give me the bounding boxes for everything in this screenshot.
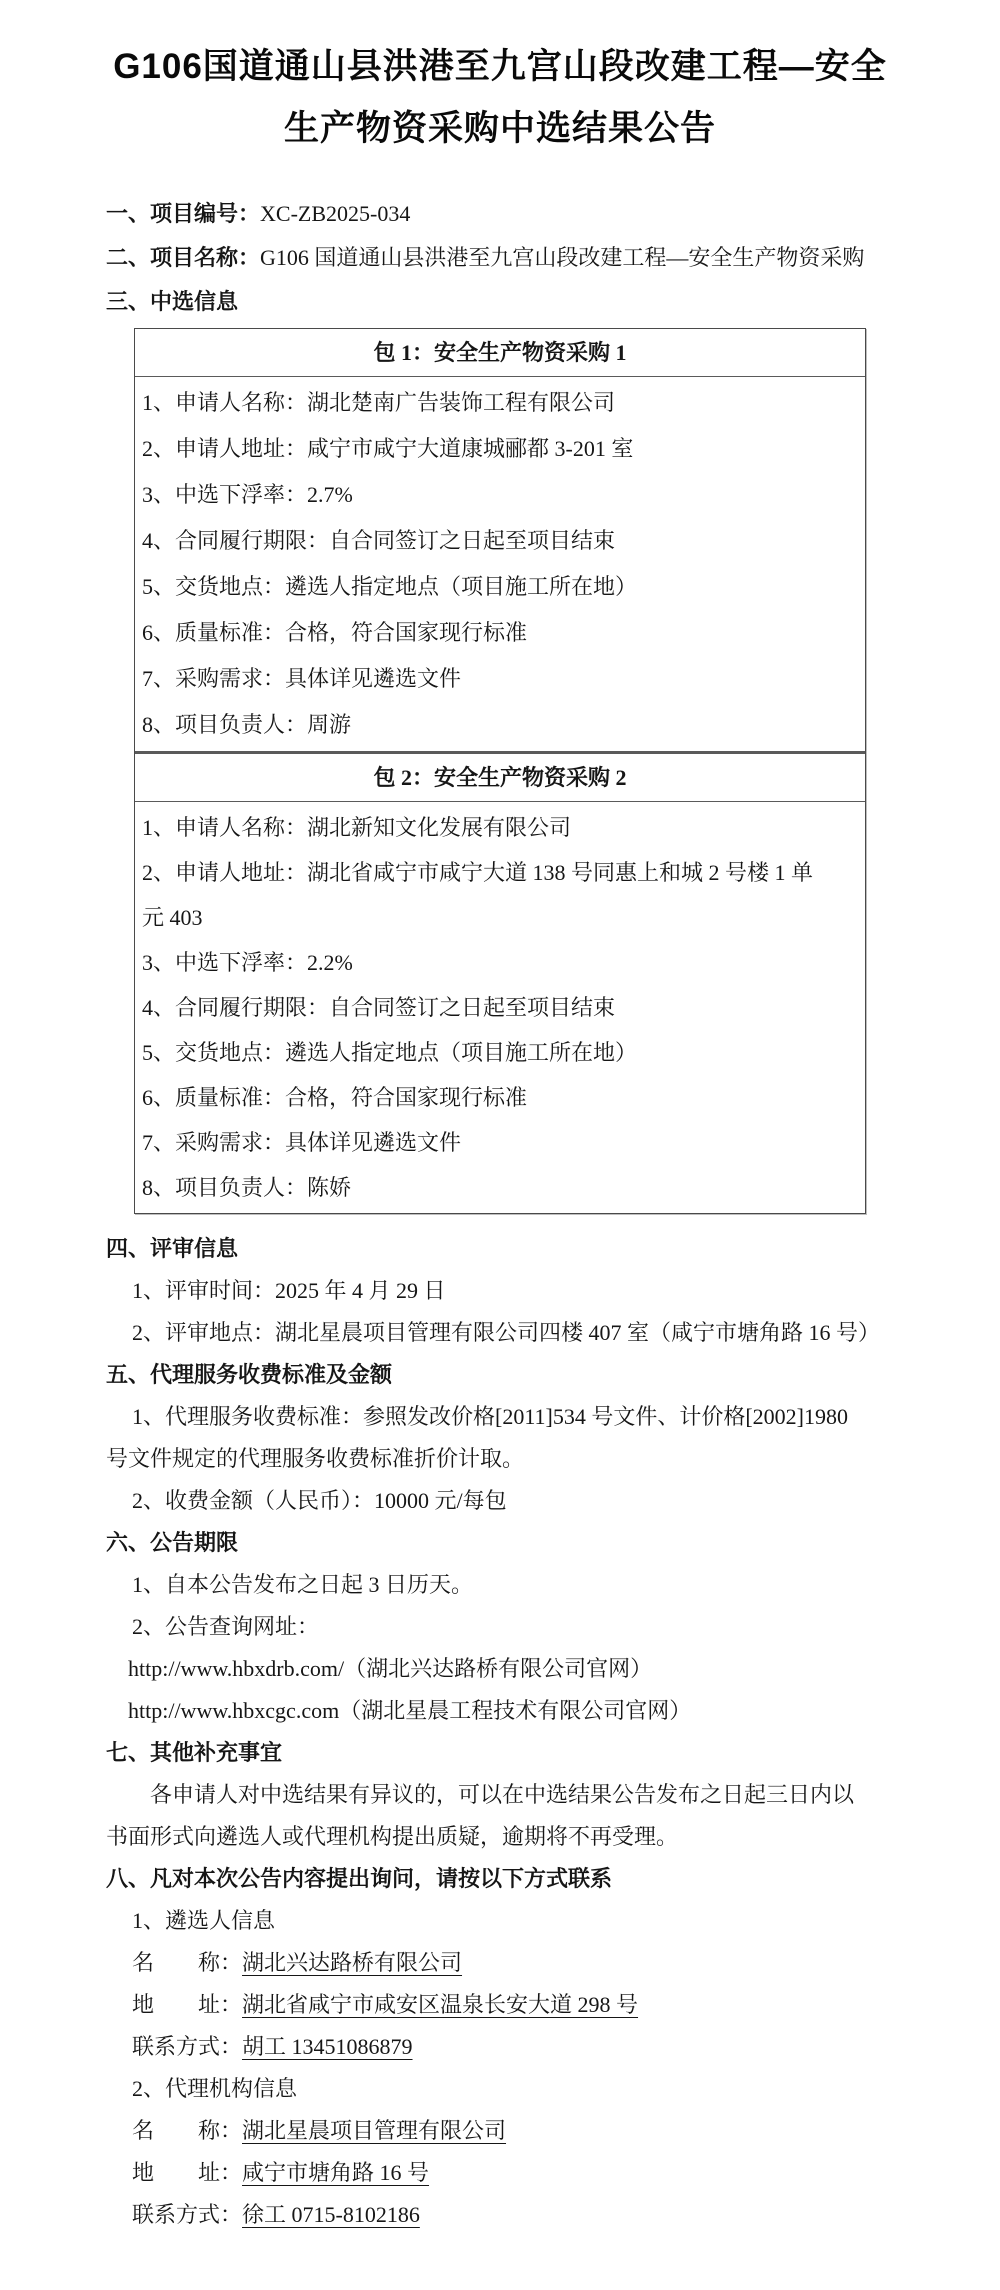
package2-contract-term: 4、合同履行期限：自合同签订之日起至项目结束: [142, 985, 857, 1030]
selector-phone-label: 联系方式：: [132, 2034, 242, 2059]
agency-address-value: 咸宁市塘角路 16 号: [242, 2160, 429, 2185]
package2-discount-rate: 3、中选下浮率：2.2%: [142, 940, 857, 985]
package-result-table: 包 1：安全生产物资采购 1 1、申请人名称：湖北楚南广告装饰工程有限公司 2、…: [134, 328, 866, 1214]
agency-phone-row: 联系方式：徐工 0715-8102186: [106, 2194, 944, 2236]
section-selection-info-heading: 三、中选信息: [106, 280, 944, 324]
project-number-value: XC-ZB2025-034: [260, 201, 410, 226]
package2-procurement-demand: 7、采购需求：具体详见遴选文件: [142, 1120, 857, 1165]
selector-address-row: 地 址：湖北省咸宁市咸安区温泉长安大道 298 号: [106, 1984, 944, 2026]
agency-name-value: 湖北星晨项目管理有限公司: [242, 2118, 506, 2143]
section-agency-fee-heading: 五、代理服务收费标准及金额: [106, 1354, 944, 1396]
agency-fee-amount: 2、收费金额（人民币）：10000 元/每包: [106, 1480, 944, 1522]
agency-phone-value: 徐工 0715-8102186: [242, 2202, 420, 2227]
package2-applicant-address-line2: 元 403: [142, 895, 857, 940]
agency-fee-standard-line1: 1、代理服务收费标准：参照发改价格[2011]534 号文件、计价格[2002]…: [106, 1396, 944, 1438]
package2-project-leader: 8、项目负责人：陈娇: [142, 1165, 857, 1210]
section-supplement-heading: 七、其他补充事宜: [106, 1732, 944, 1774]
post-table-sections: 四、评审信息 1、评审时间：2025 年 4 月 29 日 2、评审地点：湖北星…: [0, 1228, 1000, 2236]
notice-url-hbxdrb: http://www.hbxdrb.com/（湖北兴达路桥有限公司官网）: [106, 1648, 944, 1690]
supplement-paragraph-line1: 各申请人对中选结果有异议的，可以在中选结果公告发布之日起三日内以: [106, 1774, 944, 1816]
document-page: G106国道通山县洪港至九宫山段改建工程—安全 生产物资采购中选结果公告 一、项…: [0, 0, 1000, 2236]
agency-info-subheading: 2、代理机构信息: [106, 2068, 944, 2110]
package2-quality-standard: 6、质量标准：合格，符合国家现行标准: [142, 1075, 857, 1120]
package1-header: 包 1：安全生产物资采购 1: [135, 329, 865, 377]
supplement-paragraph-line2: 书面形式向遴选人或代理机构提出质疑，逾期将不再受理。: [106, 1816, 944, 1858]
selector-phone-row: 联系方式：胡工 13451086879: [106, 2026, 944, 2068]
agency-fee-standard-line2: 号文件规定的代理服务收费标准折价计取。: [106, 1438, 944, 1480]
package1-applicant-name: 1、申请人名称：湖北楚南广告装饰工程有限公司: [142, 380, 857, 426]
agency-name-label: 名 称：: [132, 2118, 242, 2143]
package1-procurement-demand: 7、采购需求：具体详见遴选文件: [142, 656, 857, 702]
project-name-label: 二、项目名称：: [106, 245, 260, 270]
project-name-value: G106 国道通山县洪港至九宫山段改建工程—安全生产物资采购: [260, 245, 864, 270]
package2-applicant-name: 1、申请人名称：湖北新知文化发展有限公司: [142, 805, 857, 850]
package1-delivery-place: 5、交货地点：遴选人指定地点（项目施工所在地）: [142, 564, 857, 610]
package2-delivery-place: 5、交货地点：遴选人指定地点（项目施工所在地）: [142, 1030, 857, 1075]
selector-phone-value: 胡工 13451086879: [242, 2034, 413, 2059]
notice-query-label: 2、公告查询网址：: [106, 1606, 944, 1648]
selector-address-label: 地 址：: [132, 1992, 242, 2017]
agency-name-row: 名 称：湖北星晨项目管理有限公司: [106, 2110, 944, 2152]
package2-applicant-address-line1: 2、申请人地址：湖北省咸宁市咸宁大道 138 号同惠上和城 2 号楼 1 单: [142, 850, 857, 895]
selector-address-value: 湖北省咸宁市咸安区温泉长安大道 298 号: [242, 1992, 638, 2017]
package2-header: 包 2：安全生产物资采购 2: [135, 752, 865, 802]
notice-url-hbxcgc: http://www.hbxcgc.com（湖北星晨工程技术有限公司官网）: [106, 1690, 944, 1732]
package1-contract-term: 4、合同履行期限：自合同签订之日起至项目结束: [142, 518, 857, 564]
section-project-name: 二、项目名称：G106 国道通山县洪港至九宫山段改建工程—安全生产物资采购: [106, 236, 944, 280]
package1-quality-standard: 6、质量标准：合格，符合国家现行标准: [142, 610, 857, 656]
package1-project-leader: 8、项目负责人：周游: [142, 702, 857, 748]
review-time: 1、评审时间：2025 年 4 月 29 日: [106, 1270, 944, 1312]
notice-period-days: 1、自本公告发布之日起 3 日历天。: [106, 1564, 944, 1606]
agency-address-row: 地 址：咸宁市塘角路 16 号: [106, 2152, 944, 2194]
package1-body: 1、申请人名称：湖北楚南广告装饰工程有限公司 2、申请人地址：咸宁市咸宁大道康城…: [135, 377, 865, 752]
selector-name-row: 名 称：湖北兴达路桥有限公司: [106, 1942, 944, 1984]
package1-discount-rate: 3、中选下浮率：2.7%: [142, 472, 857, 518]
selector-info-subheading: 1、遴选人信息: [106, 1900, 944, 1942]
package2-body: 1、申请人名称：湖北新知文化发展有限公司 2、申请人地址：湖北省咸宁市咸宁大道 …: [135, 802, 865, 1213]
doc-title-line-2: 生产物资采购中选结果公告: [0, 98, 1000, 160]
doc-title-line-1: G106国道通山县洪港至九宫山段改建工程—安全: [0, 36, 1000, 98]
section-contact-heading: 八、凡对本次公告内容提出询问，请按以下方式联系: [106, 1858, 944, 1900]
doc-body: 一、项目编号：XC-ZB2025-034 二、项目名称：G106 国道通山县洪港…: [0, 192, 1000, 2236]
review-place: 2、评审地点：湖北星晨项目管理有限公司四楼 407 室（咸宁市塘角路 16 号）: [106, 1312, 944, 1354]
project-number-label: 一、项目编号：: [106, 201, 260, 226]
section-notice-period-heading: 六、公告期限: [106, 1522, 944, 1564]
agency-address-label: 地 址：: [132, 2160, 242, 2185]
package1-applicant-address: 2、申请人地址：咸宁市咸宁大道康城郦都 3-201 室: [142, 426, 857, 472]
agency-phone-label: 联系方式：: [132, 2202, 242, 2227]
section-review-heading: 四、评审信息: [106, 1228, 944, 1270]
section-project-number: 一、项目编号：XC-ZB2025-034: [106, 192, 944, 236]
selector-name-value: 湖北兴达路桥有限公司: [242, 1950, 462, 1975]
doc-title: G106国道通山县洪港至九宫山段改建工程—安全 生产物资采购中选结果公告: [0, 0, 1000, 160]
selector-name-label: 名 称：: [132, 1950, 242, 1975]
